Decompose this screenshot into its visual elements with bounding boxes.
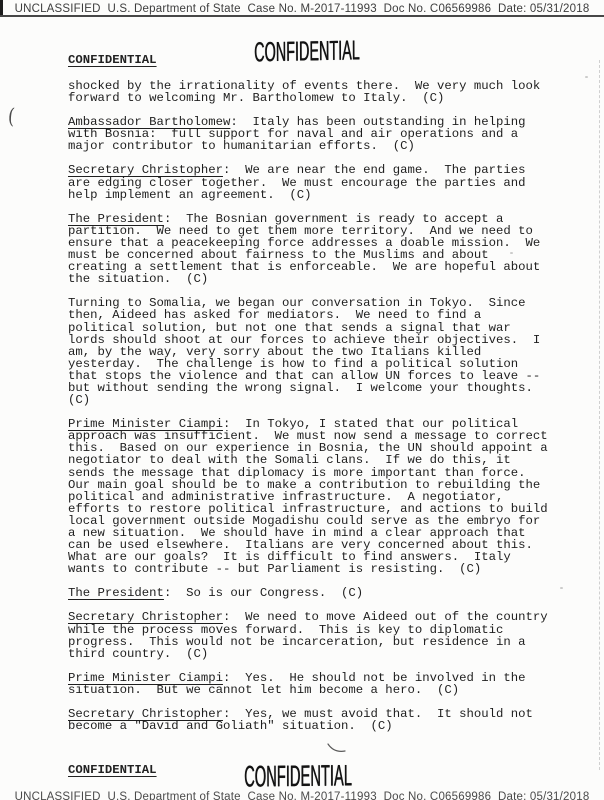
foia-review-header: UNCLASSIFIED U.S. Department of State Ca… bbox=[0, 3, 604, 15]
scan-right-edge-artifact bbox=[599, 60, 600, 770]
memo-body: shocked by the irrationality of events t… bbox=[68, 80, 574, 744]
memo-paragraph: Prime Minister Ciampi: In Tokyo, I state… bbox=[68, 418, 574, 575]
memo-line: then, Aideed has asked for mediators. We… bbox=[68, 309, 574, 321]
memo-line: am, by the way, very sorry about the two… bbox=[68, 346, 574, 358]
memo-paragraph: Prime Minister Ciampi: Yes. He should no… bbox=[68, 672, 574, 696]
confidential-typed-top: CONFIDENTIAL bbox=[68, 53, 157, 67]
scan-speck bbox=[585, 76, 588, 78]
memo-line: wants to contribute -- but Parliament is… bbox=[68, 563, 574, 575]
memo-paragraph: Secretary Christopher: Yes, we must avoi… bbox=[68, 708, 574, 732]
confidential-stamp-top: CONFIDENTIAL bbox=[254, 36, 360, 70]
memo-line: the situation. (C) bbox=[68, 273, 574, 285]
foia-review-footer: UNCLASSIFIED U.S. Department of State Ca… bbox=[0, 791, 604, 800]
memo-line: third country. (C) bbox=[68, 648, 574, 660]
memo-paragraph: Secretary Christopher: We are near the e… bbox=[68, 164, 574, 200]
memo-paragraph: The President: So is our Congress. (C) bbox=[68, 587, 574, 599]
memo-paragraph: Secretary Christopher: We need to move A… bbox=[68, 611, 574, 659]
memo-line: negotiator to deal with the Somali clans… bbox=[68, 454, 574, 466]
confidential-typed-bottom: CONFIDENTIAL bbox=[68, 763, 157, 777]
scan-speck bbox=[510, 252, 513, 254]
memo-line: Our main goal should be to make a contri… bbox=[68, 479, 574, 491]
memo-paragraph: shocked by the irrationality of events t… bbox=[68, 80, 574, 104]
memo-line: Secretary Christopher: We need to move A… bbox=[68, 611, 574, 623]
memo-line: Secretary Christopher: We are near the e… bbox=[68, 164, 574, 176]
confidential-stamp-bottom: CONFIDENTIAL bbox=[244, 760, 352, 795]
memo-line: forward to welcoming Mr. Bartholomew to … bbox=[68, 92, 574, 104]
memo-line: political solution, but not one that sen… bbox=[68, 322, 574, 334]
memo-line: lords should shoot at our forces to achi… bbox=[68, 334, 574, 346]
memo-line: but without sending the wrong signal. I … bbox=[68, 382, 574, 394]
scan-speck bbox=[560, 587, 563, 589]
memo-line: while the process moves forward. This is… bbox=[68, 624, 574, 636]
memo-line: sends the message that diplomacy is more… bbox=[68, 467, 574, 479]
memo-line: major contributor to humanitarian effort… bbox=[68, 140, 574, 152]
speaker-name: The President bbox=[68, 586, 164, 600]
document-page: UNCLASSIFIED U.S. Department of State Ca… bbox=[0, 0, 604, 800]
memo-paragraph: The President: The Bosnian government is… bbox=[68, 213, 574, 286]
handwritten-check-mark bbox=[326, 742, 348, 756]
memo-line: situation. But we cannot let him become … bbox=[68, 684, 574, 696]
memo-line: (C) bbox=[68, 394, 574, 406]
memo-line: help implement an agreement. (C) bbox=[68, 189, 574, 201]
memo-paragraph: Turning to Somalia, we began our convers… bbox=[68, 297, 574, 406]
header-rule bbox=[0, 15, 604, 17]
handwritten-margin-mark: ( bbox=[7, 104, 16, 130]
memo-paragraph: Ambassador Bartholomew: Italy has been o… bbox=[68, 116, 574, 152]
memo-line: progress. This would not be incarceratio… bbox=[68, 636, 574, 648]
memo-line: are edging closer together. We must enco… bbox=[68, 177, 574, 189]
scan-speck bbox=[398, 338, 400, 341]
memo-line: political and administrative infrastruct… bbox=[68, 491, 574, 503]
memo-line: The President: So is our Congress. (C) bbox=[68, 587, 574, 599]
memo-line: become a "David and Goliath" situation. … bbox=[68, 720, 574, 732]
